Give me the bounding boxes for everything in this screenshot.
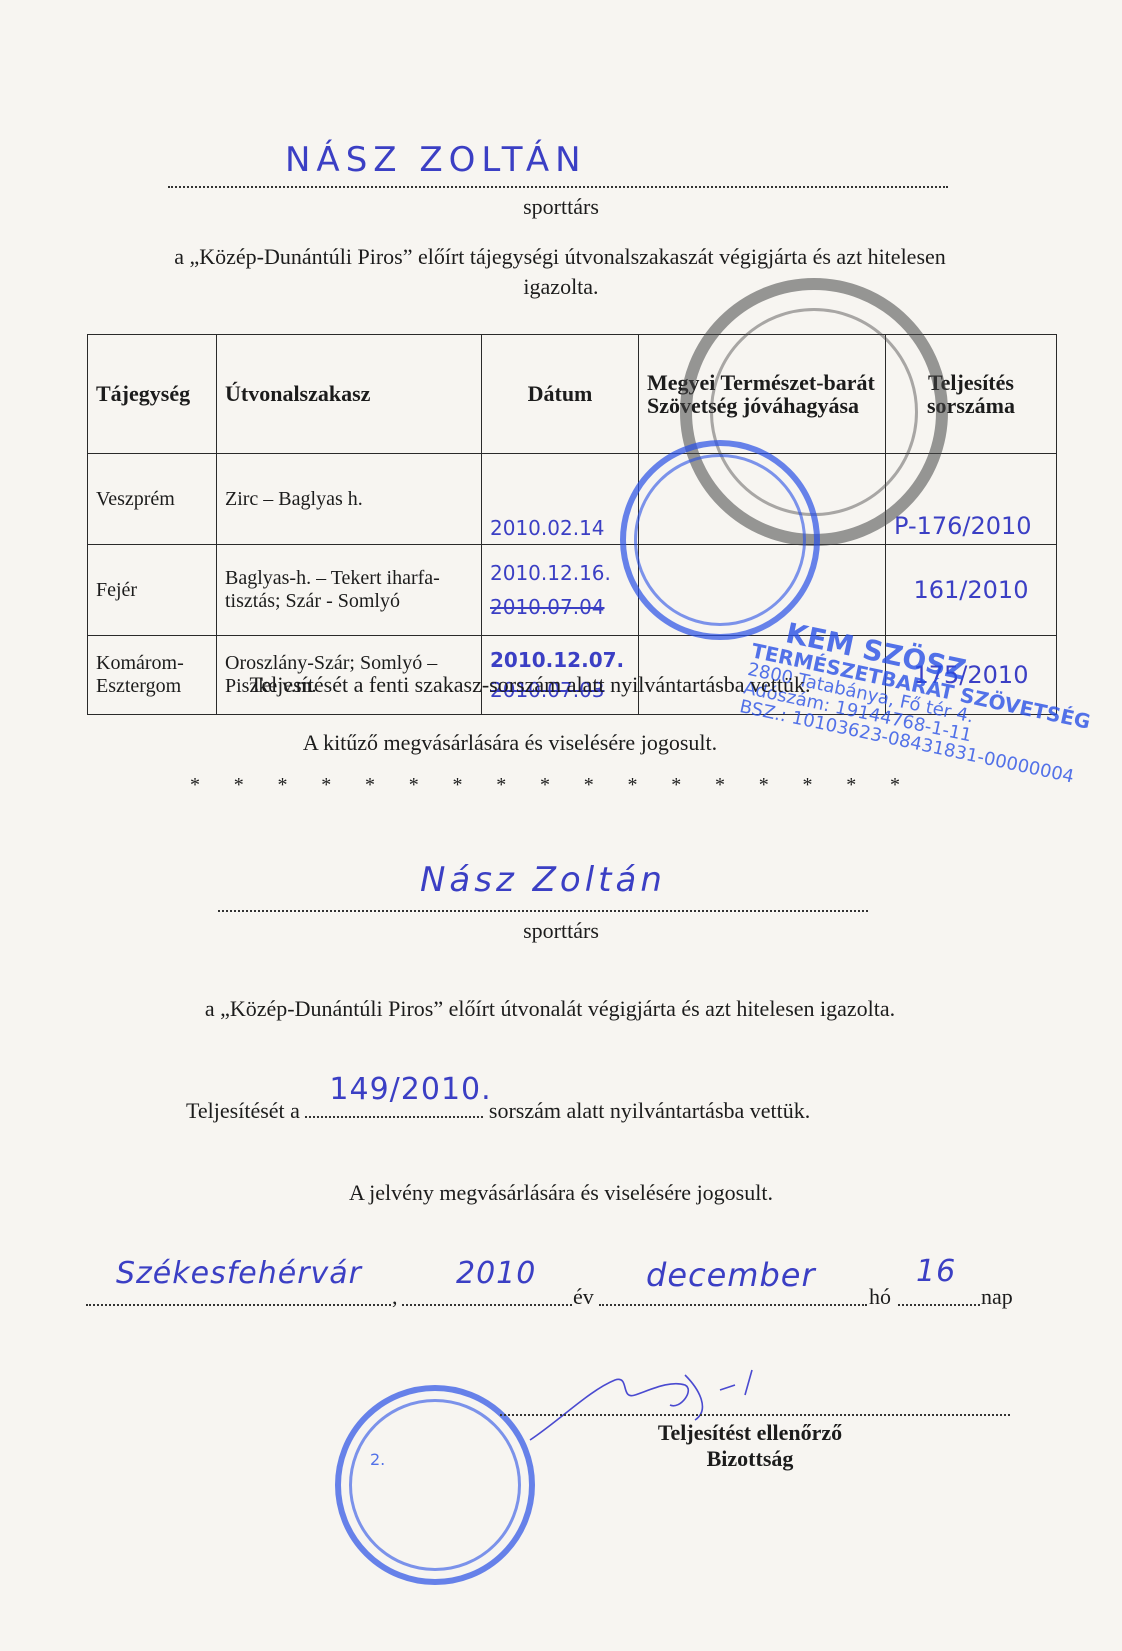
day-label: nap [981, 1284, 1013, 1310]
header-region: Tájegység [88, 335, 217, 454]
signer-title: Teljesítést ellenőrző Bizottság [600, 1420, 900, 1473]
route-statement-2: a „Közép-Dunántúli Piros” előírt útvonal… [60, 996, 1040, 1022]
table-row: Veszprém Zirc – Baglyas h. 2010.02.14 P-… [88, 454, 1057, 545]
registered-statement: Teljesítését a fenti szakasz-sorszám ala… [80, 672, 980, 698]
cell-date: 2010.02.14 [482, 454, 639, 545]
table-row: Fejér Baglyas-h. – Tekert iharfa-tisztás… [88, 545, 1057, 636]
header-serial: Teljesítés sorszáma [886, 335, 1057, 454]
route-statement: a „Közép-Dunántúli Piros” előírt tájegys… [60, 244, 1060, 270]
name-dotted-line [168, 186, 948, 188]
header-route: Útvonalszakasz [217, 335, 482, 454]
cell-region: Fejér [88, 545, 217, 636]
comma: , [392, 1284, 398, 1310]
day-field [898, 1304, 980, 1306]
place-date-line: , év hó nap Székesfehérvár 2010 december… [86, 1258, 1036, 1308]
place-handwritten: Székesfehérvár [116, 1256, 362, 1291]
sporttars-label: sporttárs [0, 194, 1122, 220]
registered-suffix: sorszám alatt nyilvántartásba vettük. [489, 1098, 810, 1123]
header-approval: Megyei Természet-barát Szövetség jóváhag… [639, 335, 886, 454]
sporttars-label-2: sporttárs [0, 918, 1122, 944]
cell-route: Zirc – Baglyas h. [217, 454, 482, 545]
month-label: hó [869, 1284, 891, 1310]
month-handwritten: december [646, 1256, 816, 1294]
signer-title-line-2: Bizottság [600, 1446, 900, 1472]
date-handwritten: 2010.02.14 [490, 516, 630, 540]
participant-name-handwritten: NÁSZ ZOLTÁN [285, 140, 587, 180]
route-statement-cont: igazolta. [0, 274, 1122, 300]
name-dotted-line-2 [218, 910, 868, 912]
stamp-number: 2. [370, 1450, 385, 1469]
signature-line [500, 1414, 1010, 1416]
date-handwritten: 2010.12.16. [490, 561, 630, 585]
table-header-row: Tájegység Útvonalszakasz Dátum Megyei Te… [88, 335, 1057, 454]
date-handwritten: 2010.12.07. [490, 648, 630, 672]
cell-serial: 161/2010 [886, 545, 1057, 636]
cell-date: 2010.12.16. 2010.07.04 [482, 545, 639, 636]
month-field [599, 1304, 867, 1306]
registered-number-handwritten: 149/2010. [329, 1072, 491, 1107]
cell-approval [639, 454, 886, 545]
signer-title-line-1: Teljesítést ellenőrző [600, 1420, 900, 1446]
place-field [86, 1304, 391, 1306]
badge-statement-2: A jelvény megvásárlására és viselésére j… [0, 1180, 1122, 1206]
registered-number-field: 149/2010. [305, 1098, 483, 1118]
serial-handwritten: P-176/2010 [894, 512, 1032, 540]
year-handwritten: 2010 [456, 1256, 536, 1291]
registered-prefix: Teljesítését a [186, 1098, 300, 1123]
badge-statement: A kitűző megvásárlására és viselésére jo… [60, 730, 960, 756]
participant-name-handwritten-2: Nász Zoltán [420, 860, 666, 900]
route-sections-table: Tájegység Útvonalszakasz Dátum Megyei Te… [87, 334, 1057, 715]
date-struck-handwritten: 2010.07.04 [490, 595, 630, 619]
cell-serial: P-176/2010 [886, 454, 1057, 545]
cell-route: Baglyas-h. – Tekert iharfa-tisztás; Szár… [217, 545, 482, 636]
year-label: év [573, 1284, 594, 1310]
cell-region: Veszprém [88, 454, 217, 545]
year-field [402, 1304, 572, 1306]
day-handwritten: 16 [916, 1254, 956, 1289]
registered-line: Teljesítését a 149/2010. sorszám alatt n… [186, 1098, 810, 1124]
header-date: Dátum [482, 335, 639, 454]
asterisk-separator: ***************** [190, 774, 900, 797]
cell-approval [639, 545, 886, 636]
serial-handwritten: 161/2010 [914, 576, 1029, 604]
